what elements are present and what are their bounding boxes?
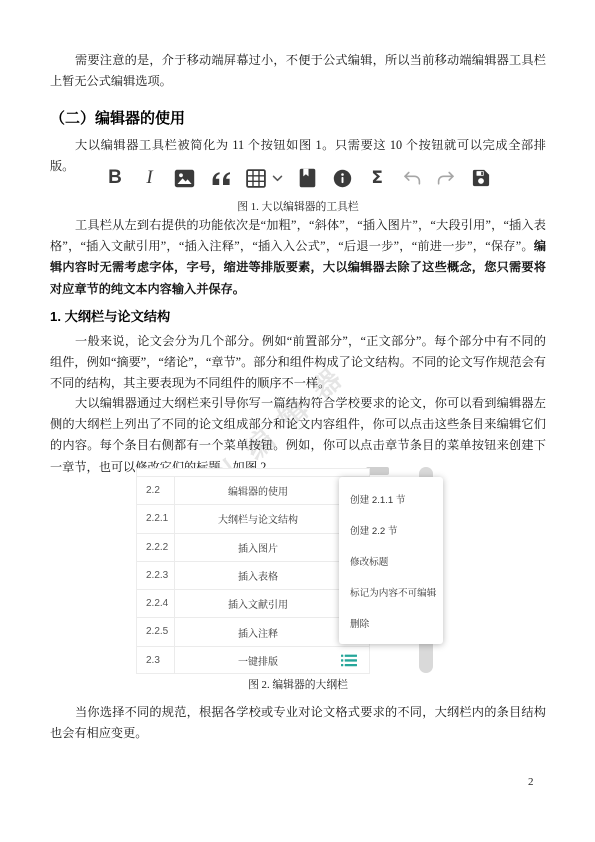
menu-item-rename[interactable]: 修改标题 bbox=[339, 554, 443, 568]
info-icon bbox=[333, 169, 352, 188]
row-menu-button[interactable] bbox=[341, 654, 369, 667]
figure-2-caption: 图 2. 编辑器的大纲栏 bbox=[50, 677, 546, 692]
list-menu-icon bbox=[341, 654, 357, 667]
undo-button[interactable] bbox=[402, 165, 422, 191]
undo-icon bbox=[402, 171, 422, 186]
italic-button[interactable]: I bbox=[140, 165, 160, 191]
outline-number: 2.2.5 bbox=[137, 618, 175, 645]
menu-item-delete[interactable]: 删除 bbox=[339, 616, 443, 630]
sigma-icon: Σ bbox=[371, 168, 383, 188]
insert-table-button[interactable] bbox=[246, 165, 283, 191]
figure-1-caption: 图 1. 大以编辑器的工具栏 bbox=[50, 199, 546, 214]
section-heading-editor-usage: （二）编辑器的使用 bbox=[50, 107, 546, 128]
editor-toolbar: B I Σ bbox=[105, 160, 491, 196]
outline-row-partial bbox=[137, 469, 369, 477]
outline-row-2-2-2[interactable]: 2.2.2 插入图片 bbox=[137, 534, 369, 562]
blockquote-button[interactable] bbox=[210, 165, 232, 191]
outline-row-2-2-3[interactable]: 2.2.3 插入表格 bbox=[137, 562, 369, 590]
toolbar-functions-text: 工具栏从左到右提供的功能依次是“加粗”，“斜体”，“插入图片”，“大段引用”，“… bbox=[50, 218, 546, 253]
menu-item-create-2-2[interactable]: 创建 2.2 节 bbox=[339, 523, 443, 537]
outline-title: 插入图片 bbox=[175, 540, 341, 555]
bold-icon: B bbox=[108, 167, 122, 189]
outline-title: 编辑器的使用 bbox=[175, 483, 341, 498]
outline-number: 2.2.1 bbox=[137, 505, 175, 532]
menu-item-create-2-1-1[interactable]: 创建 2.1.1 节 bbox=[339, 492, 443, 506]
redo-button[interactable] bbox=[436, 165, 456, 191]
insert-formula-button[interactable]: Σ bbox=[367, 165, 387, 191]
outline-number: 2.2.3 bbox=[137, 562, 175, 589]
outline-number: 2.3 bbox=[137, 647, 175, 674]
paragraph-paper-structure: 一般来说，论文会分为几个部分。例如“前置部分”，“正文部分”。每个部分中有不同的… bbox=[50, 331, 546, 395]
outline-row-2-2-5[interactable]: 2.2.5 插入注释 bbox=[137, 618, 369, 646]
image-icon bbox=[174, 169, 195, 188]
italic-icon: I bbox=[146, 167, 152, 189]
paragraph-toolbar-functions: 工具栏从左到右提供的功能依次是“加粗”，“斜体”，“插入图片”，“大段引用”，“… bbox=[50, 215, 546, 300]
save-button[interactable] bbox=[471, 165, 491, 191]
book-icon bbox=[299, 168, 316, 188]
outline-title: 一键排版 bbox=[175, 653, 341, 668]
insert-citation-button[interactable] bbox=[298, 165, 318, 191]
bold-button[interactable]: B bbox=[105, 165, 125, 191]
outline-row-2-2[interactable]: 2.2 编辑器的使用 bbox=[137, 477, 369, 505]
figure-1-toolbar: B I Σ bbox=[50, 160, 546, 196]
redo-icon bbox=[436, 171, 456, 186]
outline-number: 2.2 bbox=[137, 477, 175, 504]
paragraph-mobile-note: 需要注意的是，介于移动端屏幕过小，不便于公式编辑，所以当前移动端编辑器工具栏上暂… bbox=[50, 50, 546, 92]
section-heading-outline: 1. 大纲栏与论文结构 bbox=[50, 306, 546, 325]
outline-list: 2.2 编辑器的使用 2.2.1 大纲栏与论文结构 2.2.2 插入图片 2.2… bbox=[136, 468, 370, 674]
table-icon bbox=[246, 169, 266, 188]
outline-title: 插入文献引用 bbox=[175, 596, 341, 611]
insert-note-button[interactable] bbox=[333, 165, 353, 191]
context-menu: 创建 2.1.1 节 创建 2.2 节 修改标题 标记为内容不可编辑 删除 bbox=[339, 477, 443, 644]
outline-row-2-2-1[interactable]: 2.2.1 大纲栏与论文结构 bbox=[137, 505, 369, 533]
menu-item-mark-readonly[interactable]: 标记为内容不可编辑 bbox=[339, 585, 443, 599]
outline-number: 2.2.4 bbox=[137, 590, 175, 617]
outline-title: 插入注释 bbox=[175, 625, 341, 640]
paragraph-spec-variation: 当你选择不同的规范，根据各学校或专业对论文格式要求的不同，大纲栏内的条目结构也会… bbox=[50, 702, 546, 744]
outline-row-2-2-4[interactable]: 2.2.4 插入文献引用 bbox=[137, 590, 369, 618]
figure-2-outline-panel: 2.2 编辑器的使用 2.2.1 大纲栏与论文结构 2.2.2 插入图片 2.2… bbox=[50, 466, 546, 676]
outline-number: 2.2.2 bbox=[137, 534, 175, 561]
save-icon bbox=[472, 169, 490, 187]
quote-icon bbox=[210, 170, 232, 187]
document-page: 大以编辑器 需要注意的是，介于移动端屏幕过小，不便于公式编辑，所以当前移动端编辑… bbox=[0, 0, 595, 842]
outline-row-2-3[interactable]: 2.3 一键排版 bbox=[137, 647, 369, 674]
outline-title: 大纲栏与论文结构 bbox=[175, 511, 341, 526]
page-number: 2 bbox=[528, 776, 534, 788]
chevron-down-icon bbox=[272, 175, 283, 182]
insert-image-button[interactable] bbox=[174, 165, 195, 191]
outline-title: 插入表格 bbox=[175, 568, 341, 583]
